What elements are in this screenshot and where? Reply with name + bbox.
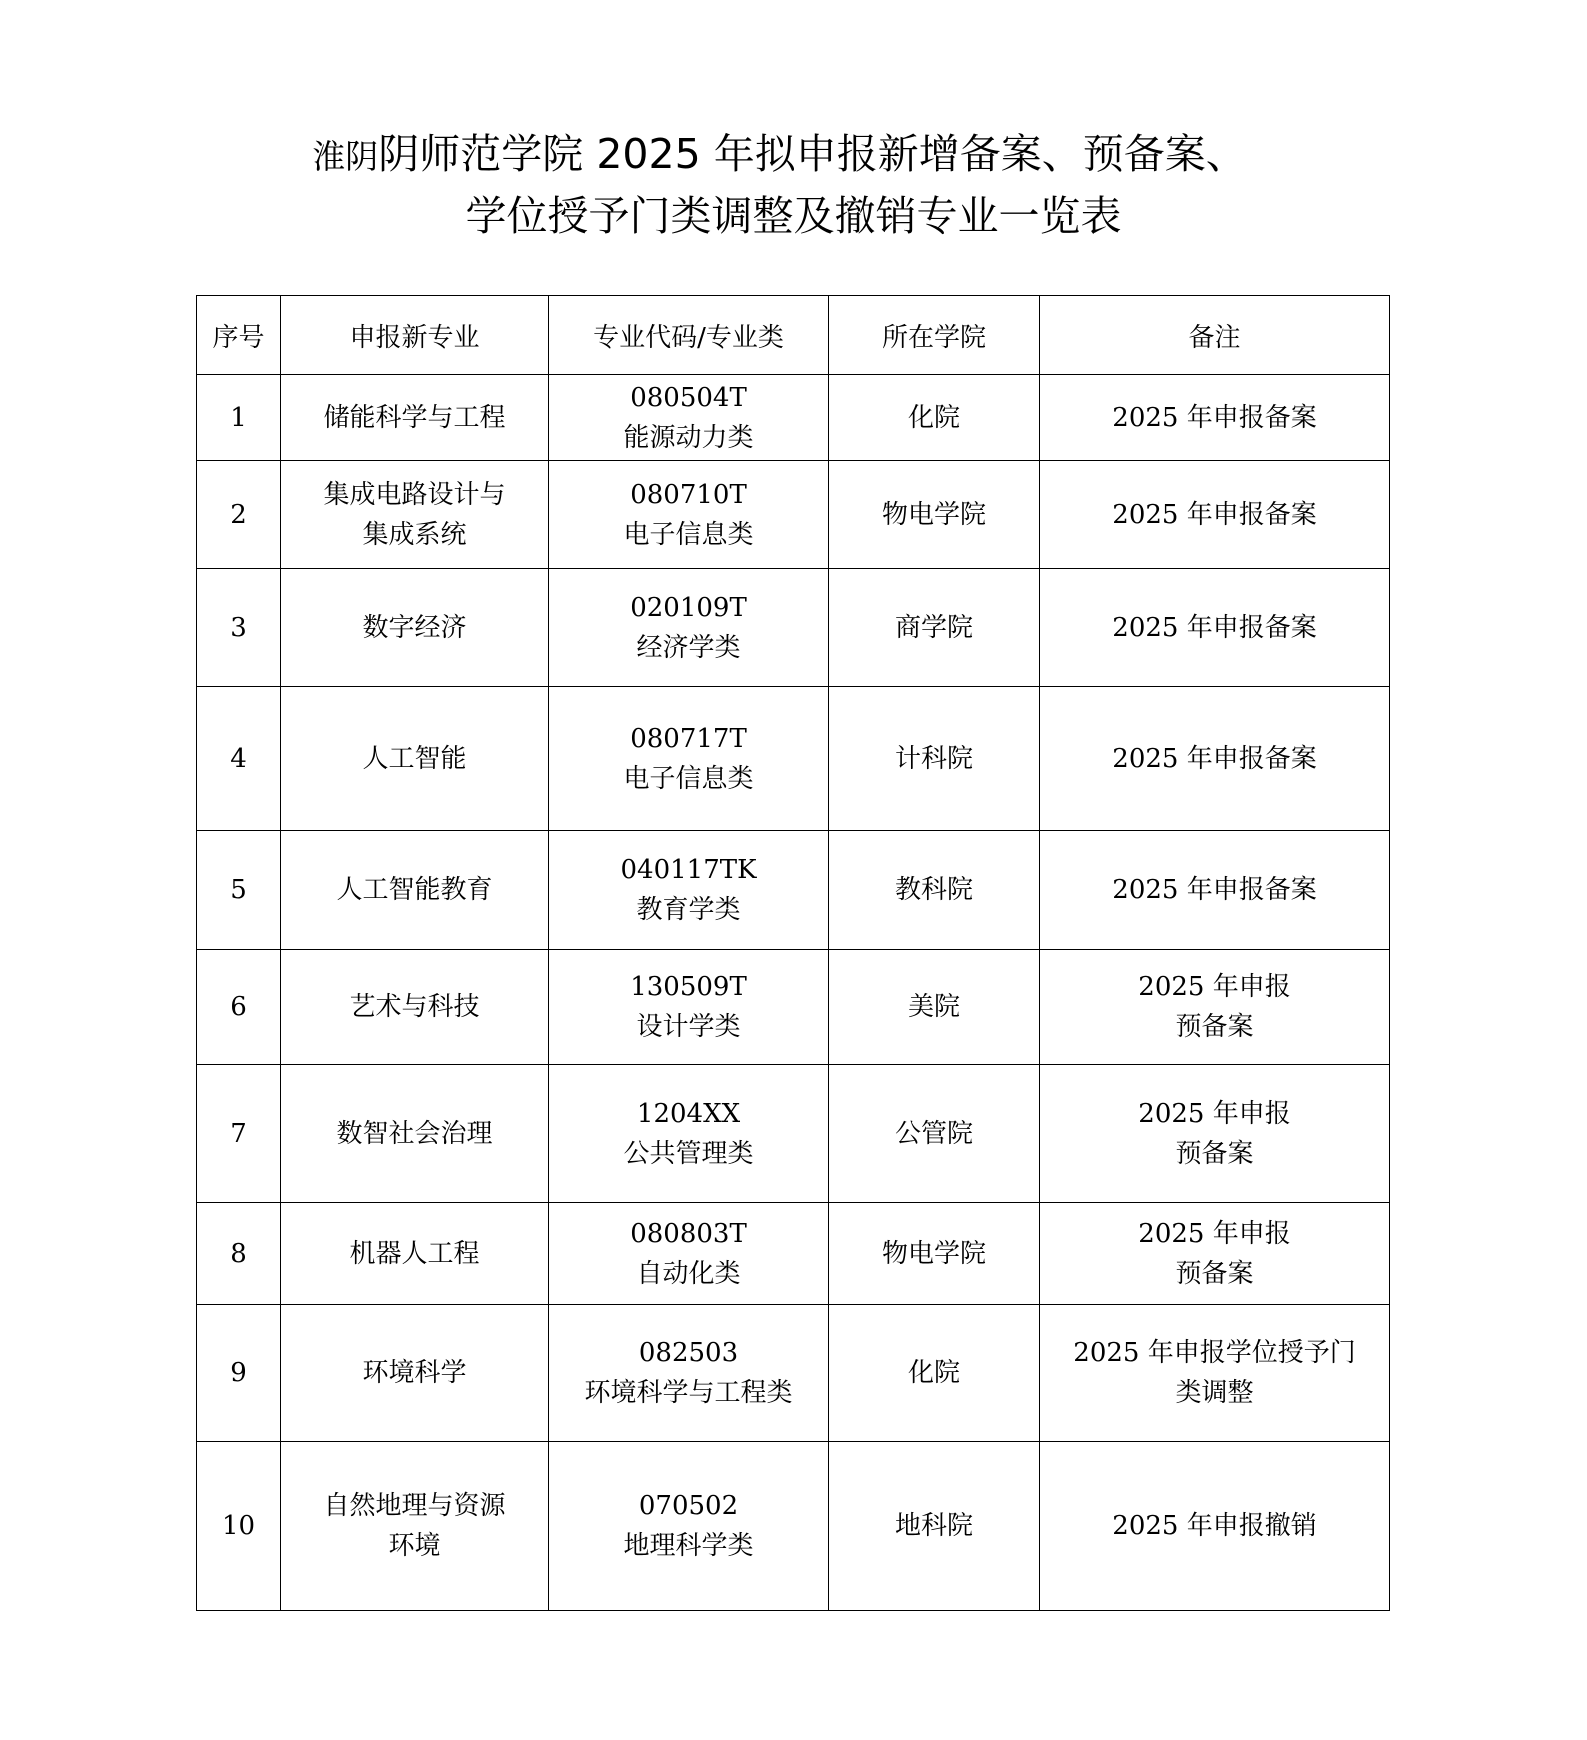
cell-major: 数智社会治理: [281, 1065, 549, 1203]
cell-code-category-text: 环境科学与工程类: [551, 1373, 826, 1413]
cell-major-text: 环境: [283, 1526, 546, 1566]
table-row: 2集成电路设计与集成系统080710T电子信息类物电学院2025 年申报备案: [197, 461, 1390, 569]
cell-remark-text: 2025 年申报备案: [1042, 739, 1387, 779]
cell-code-category-text: 自动化类: [551, 1254, 826, 1294]
cell-no-text: 1: [199, 398, 278, 438]
title-main: 阴师范学院 2025 年拟申报新增备案、预备案、: [378, 130, 1246, 178]
cell-college-text: 地科院: [831, 1506, 1037, 1546]
cell-remark-text: 2025 年申报: [1042, 1214, 1387, 1254]
cell-major-text: 人工智能教育: [283, 870, 546, 910]
cell-code-category-text: 公共管理类: [551, 1134, 826, 1174]
cell-code-category-text: 电子信息类: [551, 759, 826, 799]
document-title-line-2: 学位授予门类调整及撤销专业一览表: [0, 186, 1587, 246]
cell-code-category: 080803T自动化类: [549, 1203, 829, 1305]
cell-college: 化院: [829, 375, 1040, 461]
cell-no: 9: [197, 1305, 281, 1442]
cell-college: 公管院: [829, 1065, 1040, 1203]
cell-college-text: 美院: [831, 987, 1037, 1027]
cell-no-text: 10: [199, 1506, 278, 1546]
cell-remark-text: 类调整: [1042, 1373, 1387, 1413]
cell-no-text: 5: [199, 870, 278, 910]
cell-code-category-text: 地理科学类: [551, 1526, 826, 1566]
cell-major-text: 环境科学: [283, 1353, 546, 1393]
cell-college-text: 商学院: [831, 608, 1037, 648]
cell-no: 2: [197, 461, 281, 569]
table-row: 4人工智能080717T电子信息类计科院2025 年申报备案: [197, 687, 1390, 831]
cell-remark-text: 预备案: [1042, 1007, 1387, 1047]
cell-remark: 2025 年申报预备案: [1040, 950, 1390, 1065]
cell-college: 物电学院: [829, 1203, 1040, 1305]
cell-major: 环境科学: [281, 1305, 549, 1442]
cell-code-category: 080504T能源动力类: [549, 375, 829, 461]
cell-remark-text: 2025 年申报撤销: [1042, 1506, 1387, 1546]
cell-college: 教科院: [829, 831, 1040, 950]
cell-code-category: 080717T电子信息类: [549, 687, 829, 831]
cell-code-category-text: 电子信息类: [551, 515, 826, 555]
cell-major: 自然地理与资源环境: [281, 1442, 549, 1611]
title-prefix: 淮阴: [312, 137, 378, 176]
header-college: 所在学院: [829, 296, 1040, 375]
cell-code-category: 040117TK教育学类: [549, 831, 829, 950]
cell-code-category-text: 080710T: [551, 475, 826, 515]
cell-major: 艺术与科技: [281, 950, 549, 1065]
cell-college-text: 教科院: [831, 870, 1037, 910]
cell-code-category-text: 080504T: [551, 378, 826, 418]
cell-remark: 2025 年申报备案: [1040, 831, 1390, 950]
cell-code-category-text: 080717T: [551, 719, 826, 759]
cell-remark: 2025 年申报备案: [1040, 375, 1390, 461]
cell-no: 7: [197, 1065, 281, 1203]
cell-no: 8: [197, 1203, 281, 1305]
cell-no: 5: [197, 831, 281, 950]
cell-major: 数字经济: [281, 569, 549, 687]
cell-remark-text: 2025 年申报学位授予门: [1042, 1333, 1387, 1373]
cell-no-text: 7: [199, 1114, 278, 1154]
cell-code-category-text: 能源动力类: [551, 418, 826, 458]
cell-no: 1: [197, 375, 281, 461]
cell-remark-text: 2025 年申报: [1042, 1094, 1387, 1134]
cell-remark-text: 2025 年申报备案: [1042, 495, 1387, 535]
cell-code-category-text: 130509T: [551, 967, 826, 1007]
cell-no: 3: [197, 569, 281, 687]
cell-remark-text: 2025 年申报备案: [1042, 398, 1387, 438]
cell-remark: 2025 年申报撤销: [1040, 1442, 1390, 1611]
cell-college-text: 计科院: [831, 739, 1037, 779]
cell-remark: 2025 年申报备案: [1040, 687, 1390, 831]
table-row: 3数字经济020109T经济学类商学院2025 年申报备案: [197, 569, 1390, 687]
cell-college: 地科院: [829, 1442, 1040, 1611]
cell-college-text: 化院: [831, 1353, 1037, 1393]
cell-major: 机器人工程: [281, 1203, 549, 1305]
cell-no-text: 6: [199, 987, 278, 1027]
cell-major-text: 数字经济: [283, 608, 546, 648]
cell-no-text: 9: [199, 1353, 278, 1393]
table-row: 7数智社会治理1204XX公共管理类公管院2025 年申报预备案: [197, 1065, 1390, 1203]
table-row: 10自然地理与资源环境070502地理科学类地科院2025 年申报撤销: [197, 1442, 1390, 1611]
cell-code-category-text: 设计学类: [551, 1007, 826, 1047]
cell-code-category: 1204XX公共管理类: [549, 1065, 829, 1203]
cell-major-text: 自然地理与资源: [283, 1486, 546, 1526]
document-title-line-1: 淮阴阴师范学院 2025 年拟申报新增备案、预备案、: [0, 124, 1573, 187]
cell-code-category: 080710T电子信息类: [549, 461, 829, 569]
header-major: 申报新专业: [281, 296, 549, 375]
table-header-row: 序号 申报新专业 专业代码/专业类 所在学院 备注: [197, 296, 1390, 375]
header-code: 专业代码/专业类: [549, 296, 829, 375]
cell-code-category: 020109T经济学类: [549, 569, 829, 687]
cell-college: 计科院: [829, 687, 1040, 831]
cell-major-text: 人工智能: [283, 739, 546, 779]
cell-code-category: 130509T设计学类: [549, 950, 829, 1065]
header-no: 序号: [197, 296, 281, 375]
cell-college-text: 物电学院: [831, 1234, 1037, 1274]
cell-college: 化院: [829, 1305, 1040, 1442]
cell-remark-text: 2025 年申报: [1042, 967, 1387, 1007]
cell-code-category-text: 1204XX: [551, 1094, 826, 1134]
cell-code-category-text: 教育学类: [551, 890, 826, 930]
cell-college: 商学院: [829, 569, 1040, 687]
table-row: 9环境科学082503环境科学与工程类化院2025 年申报学位授予门类调整: [197, 1305, 1390, 1442]
majors-table: 序号 申报新专业 专业代码/专业类 所在学院 备注 1储能科学与工程080504…: [196, 295, 1390, 1611]
cell-code-category-text: 082503: [551, 1333, 826, 1373]
cell-remark: 2025 年申报备案: [1040, 569, 1390, 687]
cell-major-text: 储能科学与工程: [283, 398, 546, 438]
cell-college: 物电学院: [829, 461, 1040, 569]
cell-code-category: 070502地理科学类: [549, 1442, 829, 1611]
table-row: 5人工智能教育040117TK教育学类教科院2025 年申报备案: [197, 831, 1390, 950]
cell-remark: 2025 年申报备案: [1040, 461, 1390, 569]
cell-remark-text: 预备案: [1042, 1134, 1387, 1174]
cell-no-text: 2: [199, 495, 278, 535]
cell-major-text: 机器人工程: [283, 1234, 546, 1274]
cell-remark: 2025 年申报预备案: [1040, 1065, 1390, 1203]
cell-code-category-text: 经济学类: [551, 628, 826, 668]
cell-major-text: 数智社会治理: [283, 1114, 546, 1154]
cell-major-text: 集成电路设计与: [283, 475, 546, 515]
table-row: 1储能科学与工程080504T能源动力类化院2025 年申报备案: [197, 375, 1390, 461]
cell-major: 人工智能教育: [281, 831, 549, 950]
cell-college-text: 物电学院: [831, 495, 1037, 535]
header-remark: 备注: [1040, 296, 1390, 375]
cell-major-text: 集成系统: [283, 515, 546, 555]
cell-remark: 2025 年申报学位授予门类调整: [1040, 1305, 1390, 1442]
cell-remark: 2025 年申报预备案: [1040, 1203, 1390, 1305]
cell-remark-text: 2025 年申报备案: [1042, 608, 1387, 648]
cell-code-category-text: 040117TK: [551, 850, 826, 890]
cell-college: 美院: [829, 950, 1040, 1065]
cell-remark-text: 预备案: [1042, 1254, 1387, 1294]
cell-no-text: 4: [199, 739, 278, 779]
table-row: 8机器人工程080803T自动化类物电学院2025 年申报预备案: [197, 1203, 1390, 1305]
cell-college-text: 化院: [831, 398, 1037, 438]
cell-major: 集成电路设计与集成系统: [281, 461, 549, 569]
cell-no: 4: [197, 687, 281, 831]
cell-code-category-text: 020109T: [551, 588, 826, 628]
cell-no-text: 8: [199, 1234, 278, 1274]
table-row: 6艺术与科技130509T设计学类美院2025 年申报预备案: [197, 950, 1390, 1065]
cell-major-text: 艺术与科技: [283, 987, 546, 1027]
cell-code-category: 082503环境科学与工程类: [549, 1305, 829, 1442]
cell-college-text: 公管院: [831, 1114, 1037, 1154]
cell-remark-text: 2025 年申报备案: [1042, 870, 1387, 910]
cell-no: 10: [197, 1442, 281, 1611]
cell-no: 6: [197, 950, 281, 1065]
cell-code-category-text: 070502: [551, 1486, 826, 1526]
cell-code-category-text: 080803T: [551, 1214, 826, 1254]
cell-no-text: 3: [199, 608, 278, 648]
cell-major: 人工智能: [281, 687, 549, 831]
cell-major: 储能科学与工程: [281, 375, 549, 461]
